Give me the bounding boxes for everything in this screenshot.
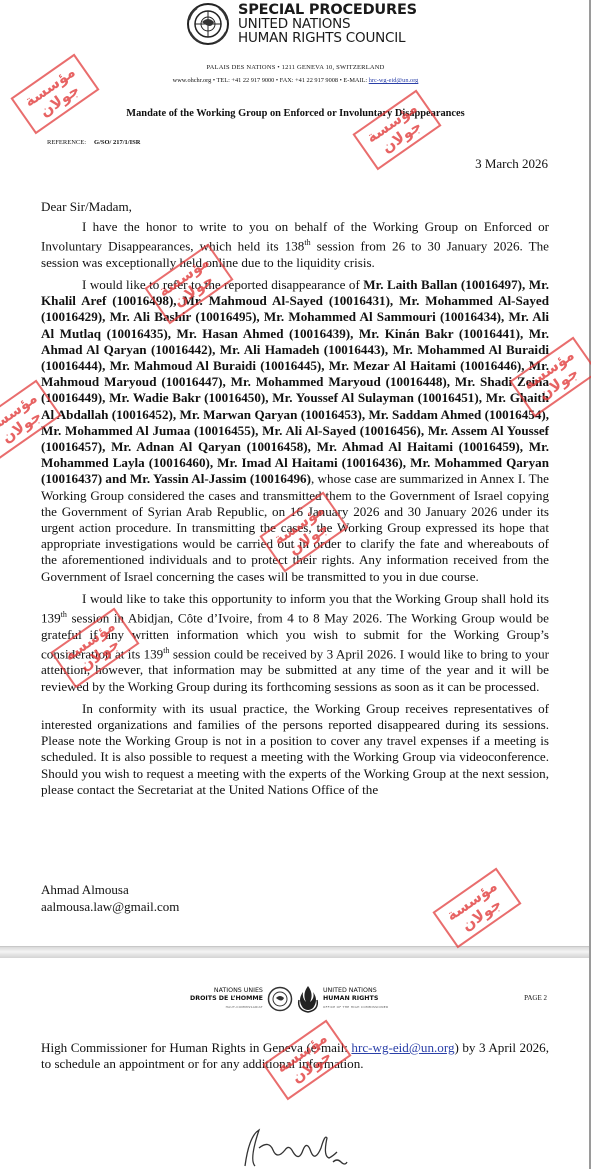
letter-body: I have the honor to write to you on beha… — [41, 219, 549, 804]
un-emblem-icon — [267, 986, 293, 1012]
recipient-block: Ahmad Almousa aalmousa.law@gmail.com — [41, 881, 179, 915]
recipient-name: Ahmad Almousa — [41, 881, 179, 898]
header-line-1: SPECIAL PROCEDURES — [238, 3, 417, 17]
contact-line: www.ohchr.org • TEL: +41 22 917 9000 • F… — [0, 77, 591, 84]
ohchr-logo: NATIONS UNIES DROITS DE L’HOMME HAUT-COM… — [190, 984, 388, 1014]
paragraph-2: I would like to refer to the reported di… — [41, 277, 549, 585]
logo-text-fr-1: NATIONS UNIES — [190, 987, 263, 995]
page-number: PAGE 2 — [524, 994, 547, 1002]
logo-text-fr-3: HAUT-COMMISSARIAT — [190, 1003, 263, 1011]
logo-text-en-1: UNITED NATIONS — [323, 987, 388, 995]
paragraph-3: I would like to take this opportunity to… — [41, 591, 549, 695]
address-line: PALAIS DES NATIONS • 1211 GENEVA 10, SWI… — [0, 64, 591, 71]
reference-label: REFERENCE: — [47, 139, 86, 146]
signature — [225, 1126, 375, 1169]
logo-text-en-3: OFFICE OF THE HIGH COMMISSIONER — [323, 1003, 388, 1011]
logo-text-fr-2: DROITS DE L’HOMME — [190, 995, 263, 1003]
paragraph-1: I have the honor to write to you on beha… — [41, 219, 549, 271]
header-line-3: HUMAN RIGHTS COUNCIL — [238, 31, 417, 45]
reference-value: G/SO/ 217/1/ISR — [94, 139, 140, 146]
header-line-2: UNITED NATIONS — [238, 17, 417, 31]
un-emblem-icon — [186, 2, 230, 46]
mandate-title: Mandate of the Working Group on Enforced… — [0, 108, 591, 119]
paragraph-4: In conformity with its usual practice, t… — [41, 701, 549, 798]
disappeared-persons-list: Mr. Laith Ballan (10016497), Mr. Khalil … — [41, 277, 549, 486]
reference-line: REFERENCE:G/SO/ 217/1/ISR — [47, 139, 140, 146]
logo-text-en-2: HUMAN RIGHTS — [323, 995, 388, 1003]
page2-paragraph: High Commissioner for Human Rights in Ge… — [41, 1040, 549, 1073]
letter-page-1: SPECIAL PROCEDURES UNITED NATIONS HUMAN … — [0, 0, 591, 946]
contact-text: www.ohchr.org • TEL: +41 22 917 9000 • F… — [173, 77, 369, 84]
letterhead: SPECIAL PROCEDURES UNITED NATIONS HUMAN … — [186, 2, 417, 46]
salutation: Dear Sir/Madam, — [41, 199, 132, 215]
human-rights-flame-icon — [297, 984, 319, 1014]
letter-page-2: NATIONS UNIES DROITS DE L’HOMME HAUT-COM… — [0, 958, 591, 1169]
header-email-link[interactable]: hrc-wg-eid@un.org — [369, 77, 419, 84]
secretariat-email-link[interactable]: hrc-wg-eid@un.org — [351, 1040, 454, 1055]
letter-date: 3 March 2026 — [475, 156, 548, 172]
recipient-email: aalmousa.law@gmail.com — [41, 898, 179, 915]
